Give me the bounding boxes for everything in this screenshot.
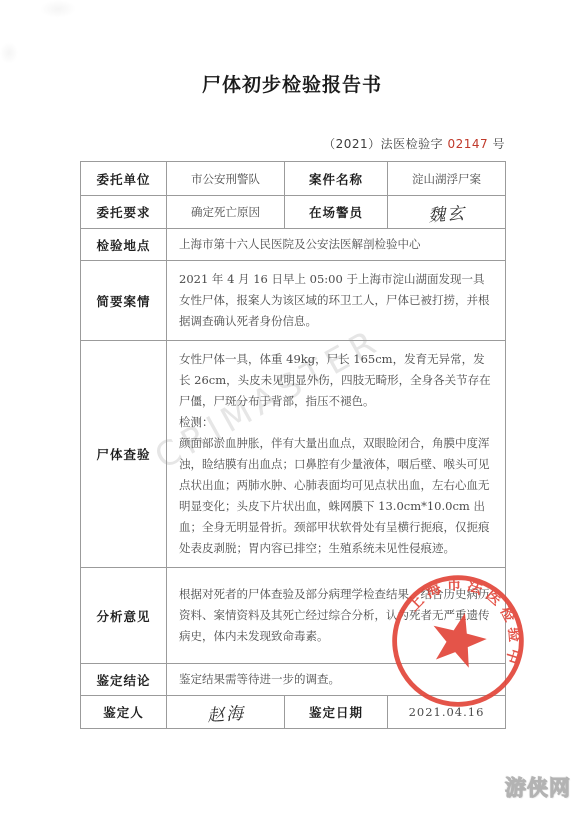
exam-location-value: 上海市第十六人民医院及公安法医解剖检验中心 bbox=[167, 229, 506, 261]
conclusion-label: 鉴定结论 bbox=[81, 664, 167, 696]
scan-artifact bbox=[0, 42, 18, 64]
appraiser-signature-cell: 赵海 bbox=[167, 696, 285, 729]
table-row: 尸体查验 女性尸体一具，体重 49kg，尸长 165cm，发育无异常，发长 26… bbox=[81, 341, 506, 568]
case-brief-label: 简要案情 bbox=[81, 261, 167, 341]
forensic-report-page: 尸体初步检验报告书 （2021）法医检验字 02147 号 CRIMASTER … bbox=[0, 0, 584, 826]
table-row: 简要案情 2021 年 4 月 16 日早上 05:00 于上海市淀山湖面发现一… bbox=[81, 261, 506, 341]
table-row: 检验地点 上海市第十六人民医院及公安法医解剖检验中心 bbox=[81, 229, 506, 261]
appraiser-label: 鉴定人 bbox=[81, 696, 167, 729]
table-row: 委托单位 市公安刑警队 案件名称 淀山湖浮尸案 bbox=[81, 162, 506, 196]
report-table: 委托单位 市公安刑警队 案件名称 淀山湖浮尸案 委托要求 确定死亡原因 在场警员… bbox=[80, 161, 506, 729]
conclusion-value: 鉴定结果需等待进一步的调查。 bbox=[167, 664, 506, 696]
scan-artifact bbox=[40, 0, 76, 18]
case-brief-value: 2021 年 4 月 16 日早上 05:00 于上海市淀山湖面发现一具女性尸体… bbox=[167, 261, 506, 341]
case-name-value: 淀山湖浮尸案 bbox=[388, 162, 506, 196]
appraisal-date-label: 鉴定日期 bbox=[285, 696, 388, 729]
entrust-unit-value: 市公安刑警队 bbox=[167, 162, 285, 196]
officer-present-label: 在场警员 bbox=[285, 196, 388, 229]
table-row: 鉴定人 赵海 鉴定日期 2021.04.16 bbox=[81, 696, 506, 729]
appraiser-signature: 赵海 bbox=[206, 698, 246, 726]
exam-location-label: 检验地点 bbox=[81, 229, 167, 261]
entrust-request-value: 确定死亡原因 bbox=[167, 196, 285, 229]
body-exam-summary: 女性尸体一具，体重 49kg，尸长 165cm，发育无异常，发长 26cm，头皮… bbox=[179, 349, 493, 412]
table-row: 鉴定结论 鉴定结果需等待进一步的调查。 bbox=[81, 664, 506, 696]
body-exam-value: 女性尸体一具，体重 49kg，尸长 165cm，发育无异常，发长 26cm，头皮… bbox=[167, 341, 506, 568]
entrust-unit-label: 委托单位 bbox=[81, 162, 167, 196]
body-exam-detail: 颜面部淤血肿胀，伴有大量出血点，双眼睑闭合，角膜中度浑浊，睑结膜有出血点；口鼻腔… bbox=[179, 433, 493, 559]
site-watermark: 游侠网 bbox=[505, 772, 571, 802]
body-exam-label: 尸体查验 bbox=[81, 341, 167, 568]
body-exam-detect-label: 检测： bbox=[179, 412, 493, 433]
officer-present-signature-cell: 魏玄 bbox=[388, 196, 506, 229]
table-row: 分析意见 根据对死者的尸体查验及部分病理学检查结果，结合历史病历资料、案情资料及… bbox=[81, 568, 506, 664]
reference-suffix: 号 bbox=[488, 137, 505, 151]
report-title: 尸体初步检验报告书 bbox=[0, 70, 584, 97]
analysis-label: 分析意见 bbox=[81, 568, 167, 664]
analysis-value: 根据对死者的尸体查验及部分病理学检查结果，结合历史病历资料、案情资料及其死亡经过… bbox=[167, 568, 506, 664]
reference-number-line: （2021）法医检验字 02147 号 bbox=[323, 135, 505, 152]
reference-code: 02147 bbox=[447, 137, 488, 151]
entrust-request-label: 委托要求 bbox=[81, 196, 167, 229]
table-row: 委托要求 确定死亡原因 在场警员 魏玄 bbox=[81, 196, 506, 229]
reference-prefix: （2021）法医检验字 bbox=[323, 137, 447, 151]
appraisal-date-value: 2021.04.16 bbox=[388, 696, 506, 729]
case-name-label: 案件名称 bbox=[285, 162, 388, 196]
officer-signature: 魏玄 bbox=[427, 198, 467, 226]
